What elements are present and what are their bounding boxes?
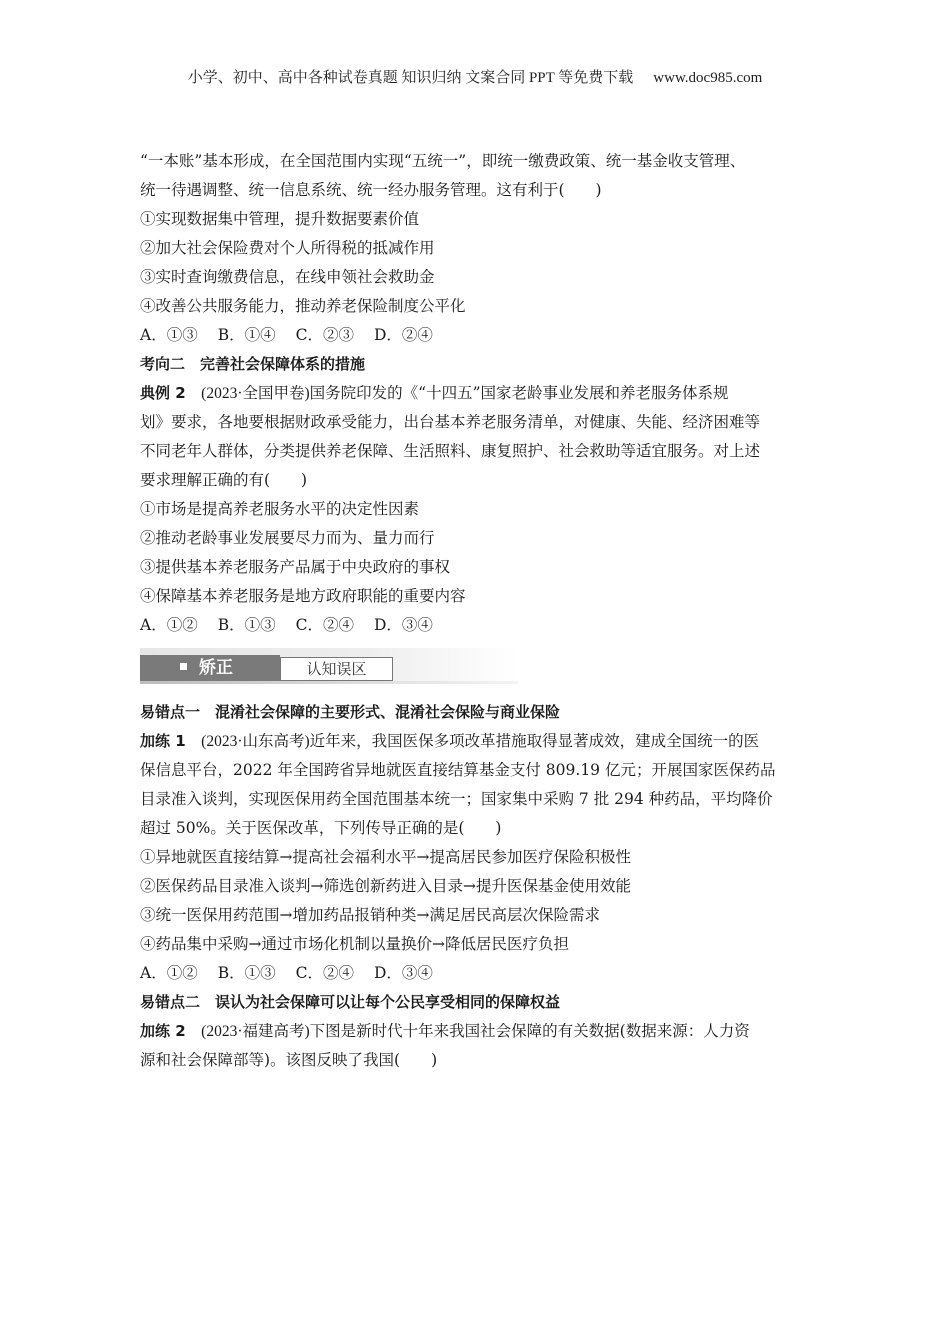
option-item: ②加大社会保险费对个人所得税的抵减作用	[140, 234, 812, 263]
choice-b: B．①④	[218, 321, 276, 350]
exercise-source: (2023·山东高考)	[201, 733, 310, 750]
banner-dark-tab: 矫正	[140, 655, 280, 681]
document-body: “一本账”基本形成，在全国范围内实现“五统一”，即统一缴费政策、统一基金收支管理…	[140, 147, 812, 1075]
option-item: ①市场是提高养老服务水平的决定性因素	[140, 495, 812, 524]
error-heading: 易错点二 误认为社会保障可以让每个公民享受相同的保障权益	[140, 988, 812, 1017]
header-url: www.doc985.com	[653, 70, 762, 86]
example-text-line: 不同老年人群体，分类提供养老保障、生活照料、康复照护、社会救助等适宜服务。对上述	[140, 437, 812, 466]
answer-choices: A．①②B．①③C．②④D．③④	[140, 959, 812, 988]
section-2: 考向二 完善社会保障体系的措施 典例 2 (2023·全国甲卷)国务院印发的《“…	[140, 350, 812, 640]
error-heading: 易错点一 混淆社会保障的主要形式、混淆社会保险与商业保险	[140, 698, 812, 727]
exercise-text-line: 保信息平台，2022 年全国跨省异地就医直接结算基金支付 809.19 亿元；开…	[140, 756, 812, 785]
exercise-label: 加练 1	[140, 732, 186, 750]
exercise-first-line: 加练 1 (2023·山东高考)近年来，我国医保多项改革措施取得显著成效，建成全…	[140, 727, 812, 756]
example-label: 典例 2	[140, 384, 186, 402]
example-source: (2023·全国甲卷)	[201, 385, 310, 402]
choice-d: D．③④	[374, 611, 433, 640]
exercise-text-line: 目录准入谈判，实现医保用药全国范围基本统一；国家集中采购 7 批 294 种药品…	[140, 785, 812, 814]
exercise-first-line: 加练 2 (2023·福建高考)下图是新时代十年来我国社会保障的有关数据(数据来…	[140, 1017, 812, 1046]
choice-b: B．①③	[218, 959, 276, 988]
choice-c: C．②③	[296, 321, 354, 350]
choice-d: D．③④	[374, 959, 433, 988]
choice-a: A．①②	[140, 959, 198, 988]
question-text-line: “一本账”基本形成，在全国范围内实现“五统一”，即统一缴费政策、统一基金收支管理…	[140, 147, 812, 176]
option-item: ④改善公共服务能力，推动养老保险制度公平化	[140, 292, 812, 321]
choice-b: B．①③	[218, 611, 276, 640]
example-first-line: 典例 2 (2023·全国甲卷)国务院印发的《“十四五”国家老龄事业发展和养老服…	[140, 379, 812, 408]
error-point-1: 易错点一 混淆社会保障的主要形式、混淆社会保险与商业保险 加练 1 (2023·…	[140, 698, 812, 988]
square-bullet-icon	[180, 663, 187, 670]
option-item: ③统一医保用药范围→增加药品报销种类→满足居民高层次保险需求	[140, 901, 812, 930]
choice-a: A．①②	[140, 611, 198, 640]
option-item: ④药品集中采购→通过市场化机制以量换价→降低居民医疗负担	[140, 930, 812, 959]
section-heading: 考向二 完善社会保障体系的措施	[140, 350, 812, 379]
banner-light-tab: 认知误区	[280, 657, 393, 681]
choice-c: C．②④	[296, 611, 354, 640]
option-item: ②推动老龄事业发展要尽力而为、量力而行	[140, 524, 812, 553]
option-item: ④保障基本养老服务是地方政府职能的重要内容	[140, 582, 812, 611]
option-item: ①实现数据集中管理，提升数据要素价值	[140, 205, 812, 234]
example-text: 国务院印发的《“十四五”国家老龄事业发展和养老服务体系规	[310, 384, 729, 402]
option-item: ③提供基本养老服务产品属于中央政府的事权	[140, 553, 812, 582]
exercise-text-line: 源和社会保障部等)。该图反映了我国( )	[140, 1046, 812, 1075]
choice-d: D．②④	[374, 321, 433, 350]
question-text-line: 统一待遇调整、统一信息系统、统一经办服务管理。这有利于( )	[140, 176, 812, 205]
answer-choices: A．①②B．①③C．②④D．③④	[140, 611, 812, 640]
header-text: 小学、初中、高中各种试卷真题 知识归纳 文案合同 PPT 等免费下载	[188, 70, 634, 86]
option-item: ③实时查询缴费信息，在线申领社会救助金	[140, 263, 812, 292]
banner-dark-label: 矫正	[199, 658, 233, 678]
question-continued: “一本账”基本形成，在全国范围内实现“五统一”，即统一缴费政策、统一基金收支管理…	[140, 147, 812, 350]
exercise-source: (2023·福建高考)	[201, 1023, 310, 1040]
exercise-text: 近年来，我国医保多项改革措施取得显著成效，建成全国统一的医	[310, 732, 760, 750]
banner-underline	[140, 681, 518, 684]
option-item: ②医保药品目录准入谈判→筛选创新药进入目录→提升医保基金使用效能	[140, 872, 812, 901]
option-item: ①异地就医直接结算→提高社会福利水平→提高居民参加医疗保险积极性	[140, 843, 812, 872]
exercise-text: 下图是新时代十年来我国社会保障的有关数据(数据来源：人力资	[310, 1022, 750, 1040]
example-text-line: 要求理解正确的有( )	[140, 466, 812, 495]
section-banner: 矫正 认知误区	[140, 644, 518, 688]
exercise-text-line: 超过 50%。关于医保改革，下列传导正确的是( )	[140, 814, 812, 843]
choice-c: C．②④	[296, 959, 354, 988]
error-point-2: 易错点二 误认为社会保障可以让每个公民享受相同的保障权益 加练 2 (2023·…	[140, 988, 812, 1075]
example-text-line: 划》要求，各地要根据财政承受能力，出台基本养老服务清单，对健康、失能、经济困难等	[140, 408, 812, 437]
answer-choices: A．①③B．①④C．②③D．②④	[140, 321, 812, 350]
page-header: 小学、初中、高中各种试卷真题 知识归纳 文案合同 PPT 等免费下载www.do…	[0, 66, 950, 90]
choice-a: A．①③	[140, 321, 198, 350]
exercise-label: 加练 2	[140, 1022, 186, 1040]
